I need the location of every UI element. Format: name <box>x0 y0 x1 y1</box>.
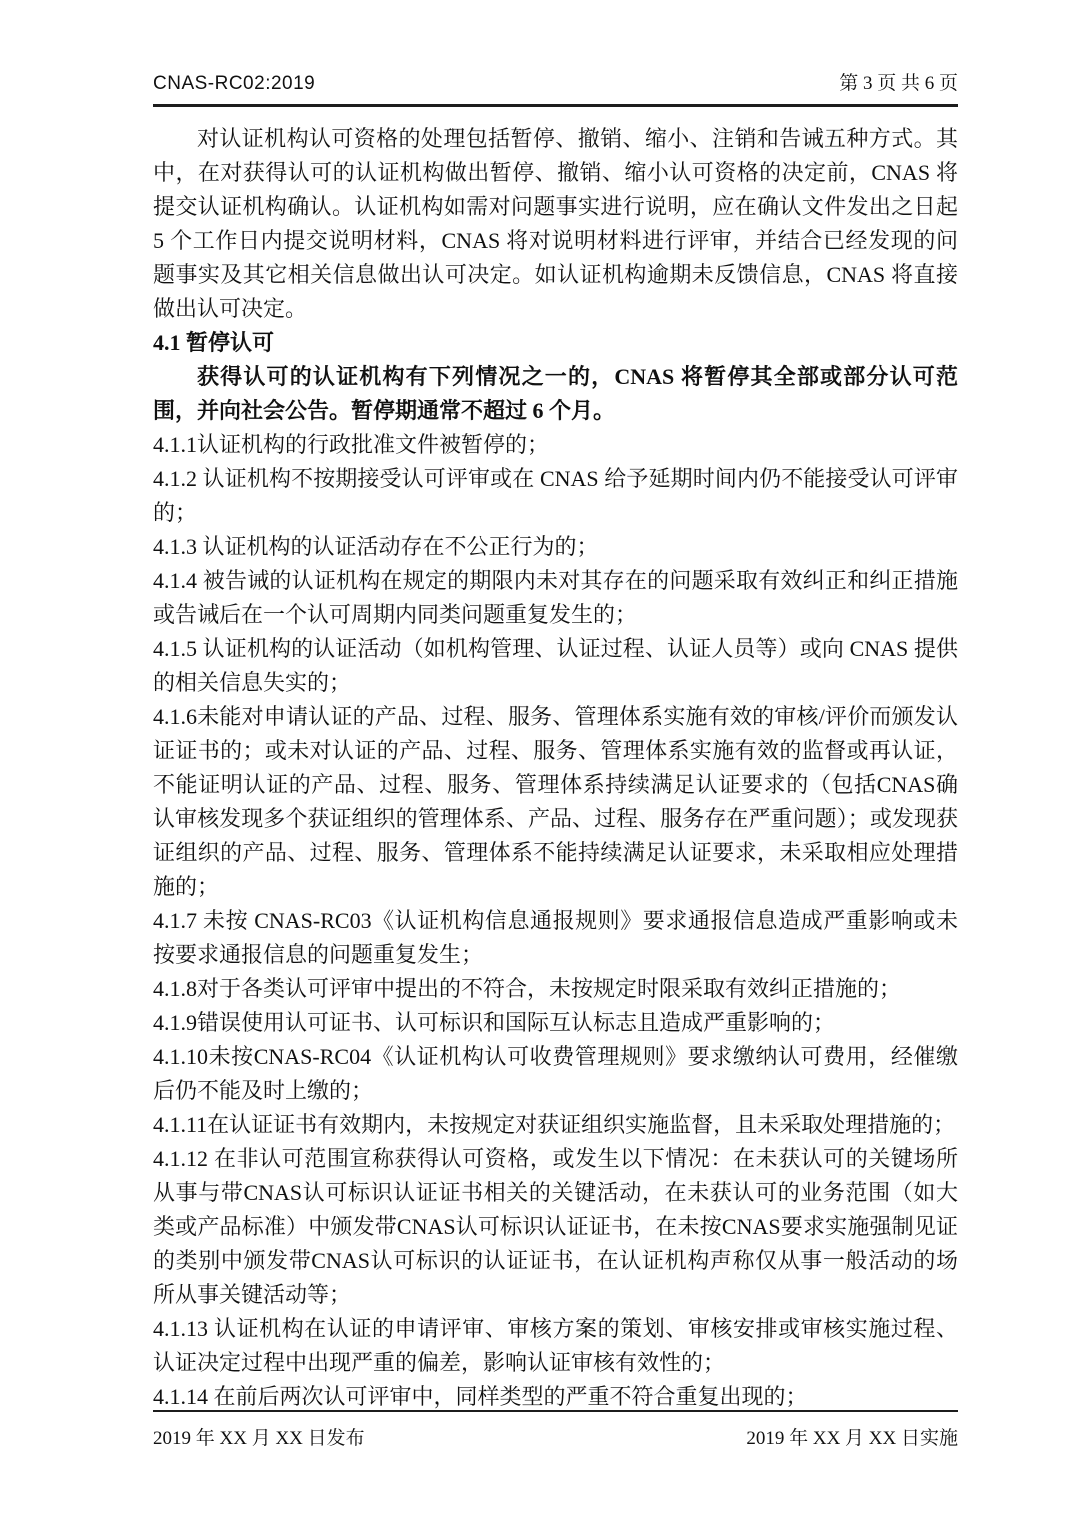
page-number: 第 3 页 共 6 页 <box>839 68 958 95</box>
implement-date: 2019 年 XX 月 XX 日实施 <box>746 1423 958 1450</box>
intro-paragraph: 对认证机构认可资格的处理包括暂停、撤销、缩小、注销和告诫五种方式。其中，在对获得… <box>153 122 958 326</box>
list-item-4-1-2: 4.1.2 认证机构不按期接受认可评审或在 CNAS 给予延期时间内仍不能接受认… <box>153 462 958 530</box>
document-page: CNAS-RC02:2019 第 3 页 共 6 页 对认证机构认可资格的处理包… <box>0 0 1080 1527</box>
list-item-4-1-5: 4.1.5 认证机构的认证活动（如机构管理、认证过程、认证人员等）或向 CNAS… <box>153 632 958 700</box>
list-item-4-1-13: 4.1.13 认证机构在认证的申请评审、审核方案的策划、审核安排或审核实施过程、… <box>153 1312 958 1380</box>
list-item-4-1-9: 4.1.9错误使用认可证书、认可标识和国际互认标志且造成严重影响的； <box>153 1006 958 1040</box>
page-footer: 2019 年 XX 月 XX 日发布 2019 年 XX 月 XX 日实施 <box>153 1410 958 1450</box>
document-code: CNAS-RC02:2019 <box>153 73 315 95</box>
list-item-4-1-11: 4.1.11在认证证书有效期内，未按规定对获证组织实施监督，且未采取处理措施的； <box>153 1108 958 1142</box>
section-heading-4-1: 4.1 暂停认可 <box>153 326 958 360</box>
list-item-4-1-12: 4.1.12 在非认可范围宣称获得认可资格，或发生以下情况：在未获认可的关键场所… <box>153 1142 958 1312</box>
list-item-4-1-14: 4.1.14 在前后两次认可评审中，同样类型的严重不符合重复出现的； <box>153 1380 958 1414</box>
section-intro-paragraph: 获得认可的认证机构有下列情况之一的，CNAS 将暂停其全部或部分认可范围，并向社… <box>153 360 958 428</box>
list-item-4-1-8: 4.1.8对于各类认可评审中提出的不符合，未按规定时限采取有效纠正措施的； <box>153 972 958 1006</box>
document-body: 对认证机构认可资格的处理包括暂停、撤销、缩小、注销和告诫五种方式。其中，在对获得… <box>153 122 958 1414</box>
issue-date: 2019 年 XX 月 XX 日发布 <box>153 1423 365 1450</box>
list-item-4-1-1: 4.1.1认证机构的行政批准文件被暂停的； <box>153 428 958 462</box>
list-item-4-1-10: 4.1.10未按CNAS-RC04《认证机构认可收费管理规则》要求缴纳认可费用，… <box>153 1040 958 1108</box>
list-item-4-1-4: 4.1.4 被告诫的认证机构在规定的期限内未对其存在的问题采取有效纠正和纠正措施… <box>153 564 958 632</box>
list-item-4-1-7: 4.1.7 未按 CNAS-RC03《认证机构信息通报规则》要求通报信息造成严重… <box>153 904 958 972</box>
page-header: CNAS-RC02:2019 第 3 页 共 6 页 <box>153 68 958 107</box>
list-item-4-1-3: 4.1.3 认证机构的认证活动存在不公正行为的； <box>153 530 958 564</box>
list-item-4-1-6: 4.1.6未能对申请认证的产品、过程、服务、管理体系实施有效的审核/评价而颁发认… <box>153 700 958 904</box>
